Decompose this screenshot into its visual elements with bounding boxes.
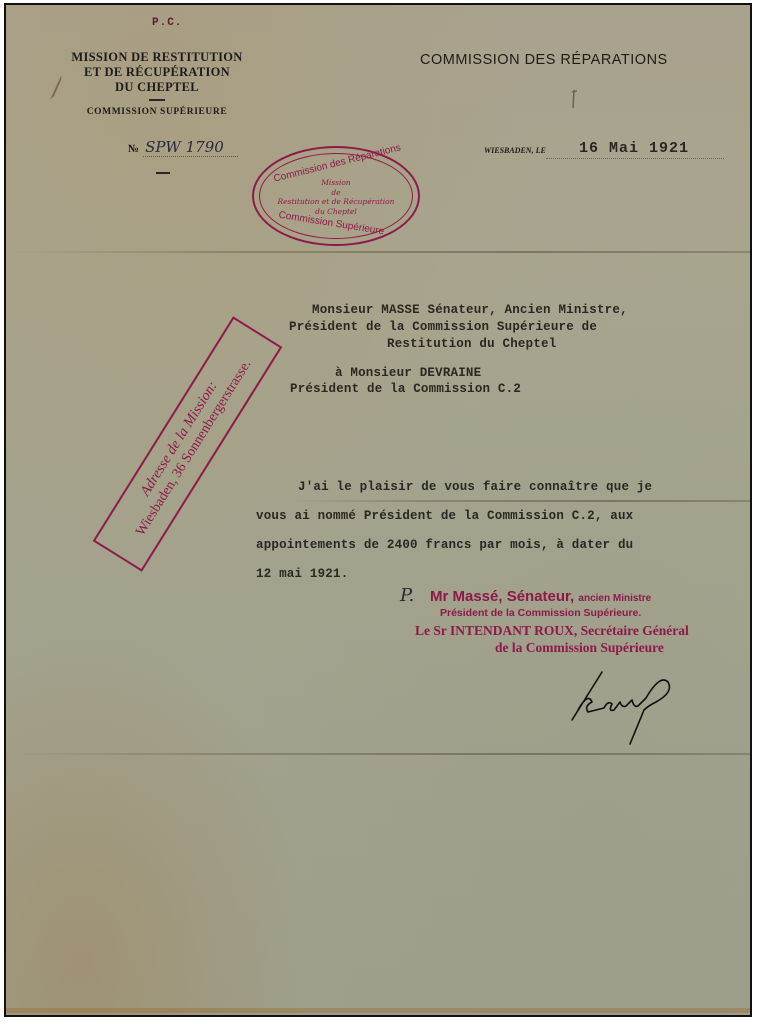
- oval-stamp-line: Restitution et de Récupération: [254, 197, 418, 207]
- letterhead-subtitle: COMMISSION SUPÉRIEURE: [52, 105, 262, 120]
- reference-number: №SPW 1790: [128, 138, 238, 156]
- oval-stamp-bottom: Commission Supérieure: [278, 210, 385, 238]
- body-line2: vous ai nommé Président de la Commission…: [256, 509, 633, 523]
- signatory-name: Mr Massé, Sénateur,: [430, 588, 574, 605]
- divider: [156, 172, 170, 174]
- sender-line1: Monsieur MASSE Sénateur, Ancien Ministre…: [312, 303, 628, 317]
- letterhead-line2: ET DE RÉCUPÉRATION: [52, 65, 262, 80]
- date-dotted-line: [546, 158, 724, 159]
- ref-label: №: [128, 143, 139, 155]
- recipient-line1: à Monsieur DEVRAINE: [335, 366, 481, 380]
- signature-stamp-line2: Président de la Commission Supérieure.: [440, 607, 641, 619]
- letter-date: 16 Mai 1921: [579, 140, 689, 157]
- paper-fold-line: [6, 251, 750, 253]
- letterhead-right-title: COMMISSION DES RÉPARATIONS: [420, 52, 668, 68]
- paper-fold-line: [286, 500, 750, 502]
- paper-fold-line: [6, 753, 750, 755]
- place-date: WIESBADEN, LE 16 Mai 1921: [484, 146, 724, 155]
- oval-stamp-middle: Mission de Restitution et de Récupératio…: [254, 178, 418, 216]
- sender-line3: Restitution du Cheptel: [387, 337, 556, 351]
- oval-stamp-line: du Cheptel: [254, 207, 418, 217]
- signature-stamp-line4: de la Commission Supérieure: [495, 640, 664, 656]
- pc-mark: P.C.: [152, 17, 182, 29]
- oval-stamp: Commission des Réparations Mission de Re…: [252, 146, 420, 246]
- signature-stamp-line1: Mr Massé, Sénateur, ancien Ministre: [430, 588, 651, 605]
- body-line3: appointements de 2400 francs par mois, à…: [256, 538, 633, 552]
- place-label: WIESBADEN, LE: [484, 146, 546, 155]
- oval-stamp-line: de: [254, 188, 418, 198]
- oval-stamp-line: Mission: [254, 178, 418, 188]
- letterhead-line1: MISSION DE RESTITUTION: [52, 50, 262, 65]
- pencil-mark-icon: [570, 88, 580, 110]
- body-line4: 12 mai 1921.: [256, 567, 348, 581]
- sender-line2: Président de la Commission Supérieure de: [289, 320, 597, 334]
- letterhead-left: MISSION DE RESTITUTION ET DE RÉCUPÉRATIO…: [52, 50, 262, 120]
- per-procuration-mark: P.: [400, 585, 414, 606]
- divider: [149, 99, 165, 101]
- letterhead-line3: DU CHEPTEL: [52, 80, 262, 95]
- ref-value: SPW 1790: [143, 138, 238, 157]
- signature-stamp-line3: Le Sr INTENDANT ROUX, Secrétaire Général: [415, 623, 689, 639]
- body-line1: J'ai le plaisir de vous faire connaître …: [298, 480, 652, 494]
- recipient-line2: Président de la Commission C.2: [290, 382, 521, 396]
- handwritten-signature: [564, 668, 684, 748]
- signatory-title: ancien Ministre: [578, 593, 651, 604]
- paper-stain-edge: [6, 1008, 750, 1013]
